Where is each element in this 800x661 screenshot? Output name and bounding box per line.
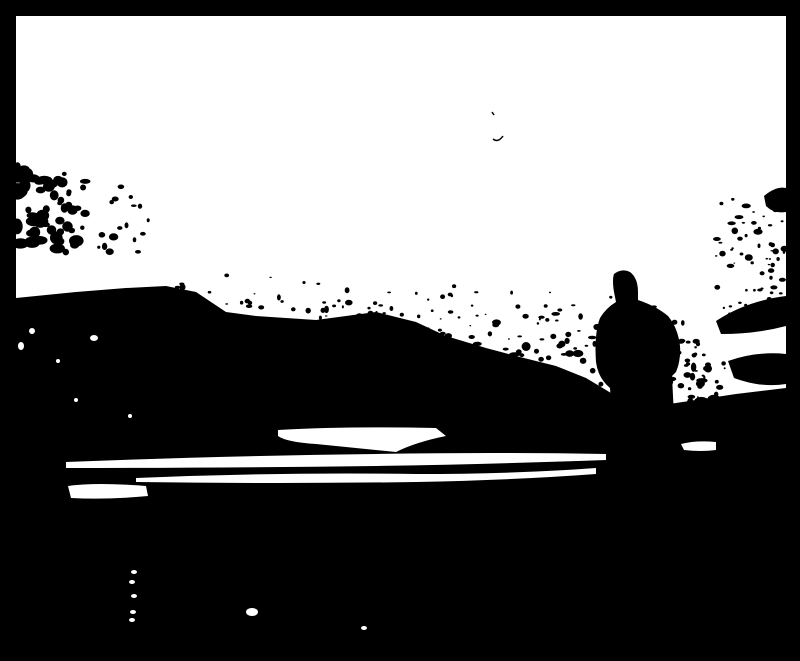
photo-border bbox=[0, 0, 800, 661]
photograph bbox=[16, 16, 786, 661]
scene-canvas bbox=[16, 16, 786, 661]
